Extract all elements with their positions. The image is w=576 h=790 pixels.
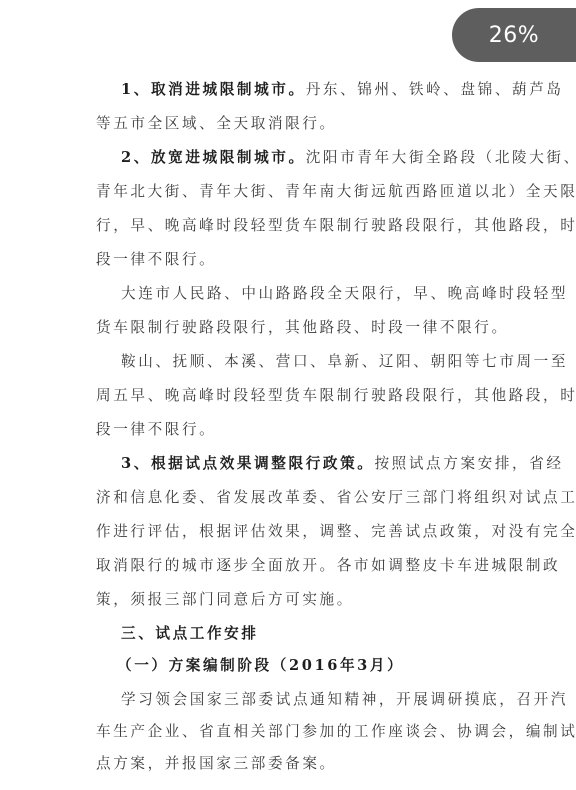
doc-line: 青年北大街、青年大街、青年南大街远航西路匝道以北）全天限 <box>96 182 576 202</box>
doc-line: 作进行评估，根据评估效果，调整、完善试点政策，对没有完全 <box>96 522 576 542</box>
document-page: 1、取消进城限制城市。丹东、锦州、铁岭、盘锦、葫芦岛 等五市全区域、全天取消限行… <box>0 0 576 790</box>
doc-line: 车生产企业、省直相关部门参加的工作座谈会、协调会，编制试 <box>96 722 576 742</box>
subsection-heading-1: （一）方案编制阶段（2016年3月） <box>117 656 404 676</box>
doc-line: 大连市人民路、中山路路段全天限行，早、晚高峰时段轻型 <box>121 284 568 304</box>
item-1-heading: 1、取消进城限制城市。 <box>121 81 306 98</box>
doc-line: 等五市全区域、全天取消限行。 <box>96 114 337 134</box>
doc-line: 点方案，并报国家三部委备案。 <box>96 754 337 774</box>
progress-badge: 26% <box>452 8 576 62</box>
doc-line: 段一律不限行。 <box>96 250 216 270</box>
doc-line: 鞍山、抚顺、本溪、营口、阜新、辽阳、朝阳等七市周一至 <box>121 352 568 372</box>
doc-line: 3、根据试点效果调整限行政策。按照试点方案安排，省经 <box>121 454 564 474</box>
doc-line: 段一律不限行。 <box>96 420 216 440</box>
doc-line: 取消限行的城市逐步全面放开。各市如调整皮卡车进城限制政 <box>96 556 560 576</box>
doc-line: 1、取消进城限制城市。丹东、锦州、铁岭、盘锦、葫芦岛 <box>121 80 564 100</box>
doc-line: 策，须报三部门同意后方可实施。 <box>96 590 354 610</box>
item-2-heading: 2、放宽进城限制城市。 <box>121 149 306 166</box>
doc-line: 2、放宽进城限制城市。沈阳市青年大街全路段（北陵大街、 <box>121 148 576 168</box>
section-heading: 三、试点工作安排 <box>121 624 259 644</box>
doc-line: 周五早、晚高峰时段轻型货车限制行驶路段限行，其他路段，时 <box>96 386 576 406</box>
doc-line: 货车限制行驶路段限行，其他路段、时段一律不限行。 <box>96 318 509 338</box>
doc-line: 行，早、晚高峰时段轻型货车限制行驶路段限行，其他路段，时 <box>96 216 576 236</box>
item-3-heading: 3、根据试点效果调整限行政策。 <box>121 455 374 472</box>
doc-line: 学习领会国家三部委试点通知精神，开展调研摸底，召开汽 <box>121 690 568 710</box>
doc-line: 济和信息化委、省发展改革委、省公安厅三部门将组织对试点工 <box>96 488 576 508</box>
